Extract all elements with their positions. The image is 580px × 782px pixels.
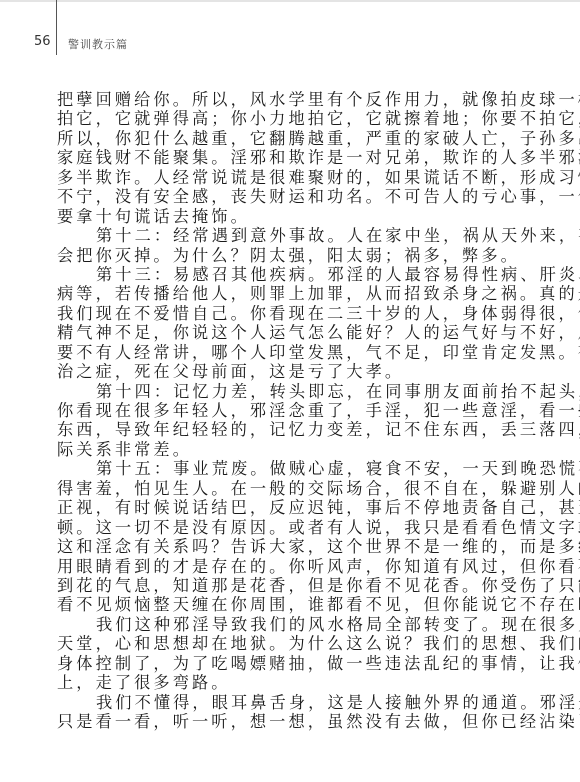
- text-line: 顿。这一切不是没有原因。或者有人说，我只是看看色情文字或者色情视频，: [57, 518, 527, 537]
- text-line: 身体控制了，为了吃喝嫖赌抽，做一些违法乱纪的事情，让我们在人生道路: [57, 654, 527, 673]
- text-line: 多半欺诈。人经常说谎是很难聚财的，如果谎话不断，形成习惯，你会心虚: [57, 168, 527, 187]
- text-line: 看不见烦恼整天缠在你周围，谁都看不见，但你能说它不存在吗？: [57, 595, 527, 614]
- page-number: 56: [34, 34, 51, 49]
- text-line: 东西，导致年纪轻轻的，记忆力变差，记不住东西，丢三落四，进而导致人: [57, 420, 527, 439]
- text-line: 第十二：经常遇到意外事故。人在家中坐，祸从天外来，甚至去旅游都: [57, 226, 527, 245]
- text-line: 只是看一看，听一听，想一想，虽然没有去做，但你已经沾染了恶习。所以: [57, 712, 527, 731]
- text-line: 我们这种邪淫导致我们的风水格局全部转变了。现在很多人物质生活像: [57, 615, 527, 634]
- text-line: 治之症，死在父母前面，这是亏了大孝。: [57, 362, 527, 381]
- text-line: 正视，有时候说话结巴，反应迟钝，事后不停地责备自己，甚至想骂自己一: [57, 498, 527, 517]
- text-line: 上，走了很多弯路。: [57, 673, 527, 692]
- text-line: 第十三：易感召其他疾病。邪淫的人最容易得性病、肝炎、肾病、艾滋: [57, 265, 527, 284]
- text-line: 所以，你犯什么越重，它翻腾越重，严重的家破人亡，子孙多出逆子败子，: [57, 129, 527, 148]
- text-line: 用眼睛看到的才是存在的。你听风声，你知道有风过，但你看不见风；你闻: [57, 557, 527, 576]
- body-text: 把孽回赠给你。所以，风水学里有个反作用力，就像拍皮球一样，你大力地拍它，它就弹得…: [57, 90, 527, 731]
- text-line: 我们现在不爱惜自己。你看现在二三十岁的人，身体弱得很，气色很不好，: [57, 304, 527, 323]
- text-line: 天堂，心和思想却在地狱。为什么这么说？我们的思想、我们的心被我们的: [57, 634, 527, 653]
- text-line: 要不有人经常讲，哪个人印堂发黑，气不足，印堂肯定发黑。有的还易患不: [57, 343, 527, 362]
- text-line: 病等，若传播给他人，则罪上加罪，从而招致杀身之祸。真的是这样，可是: [57, 284, 527, 303]
- text-line: 际关系非常差。: [57, 440, 527, 459]
- text-line: 第十四：记忆力差，转头即忘，在同事朋友面前抬不起头，人脉会丧失。: [57, 382, 527, 401]
- text-line: 不宁，没有安全感，丧失财运和功名。不可告人的亏心事，一句谎话说出来，: [57, 187, 527, 206]
- text-line: 拍它，它就弹得高；你小力地拍它，它就擦着地；你要不拍它，它就不动了。: [57, 109, 527, 128]
- text-line: 我们不懂得，眼耳鼻舌身，这是人接触外界的通道。邪淫是恶，哪怕你: [57, 693, 527, 712]
- text-line: 精气神不足，你说这个人运气怎么能好？人的运气好与不好，从气上先来。: [57, 323, 527, 342]
- text-line: 家庭钱财不能聚集。淫邪和欺诈是一对兄弟，欺诈的人多半邪淫，邪淫的人: [57, 148, 527, 167]
- running-head: 警训教示篇: [68, 36, 128, 52]
- text-line: 要拿十句谎话去掩饰。: [57, 207, 527, 226]
- text-line: 到花的气息，知道那是花香，但是你看不见花香。你受伤了只能感觉痛，却: [57, 576, 527, 595]
- text-line: 你看现在很多年轻人，邪淫念重了，手淫，犯一些意淫，看一些乱七八糟的: [57, 401, 527, 420]
- header-divider: [56, 0, 57, 55]
- text-line: 把孽回赠给你。所以，风水学里有个反作用力，就像拍皮球一样，你大力地: [57, 90, 527, 109]
- text-line: 第十五：事业荒废。做贼心虚，寝食不安，一天到晚恐慌不安，突然变: [57, 459, 527, 478]
- text-line: 会把你灭掉。为什么？阴太强，阳太弱；祸多，弊多。: [57, 246, 527, 265]
- text-line: 得害羞，怕见生人。在一般的交际场合，很不自在，躲避别人的眼睛，不敢: [57, 479, 527, 498]
- page-top-edge: [0, 0, 580, 2]
- text-line: 这和淫念有关系吗？告诉大家，这个世界不是一维的，而是多维的，并不是: [57, 537, 527, 556]
